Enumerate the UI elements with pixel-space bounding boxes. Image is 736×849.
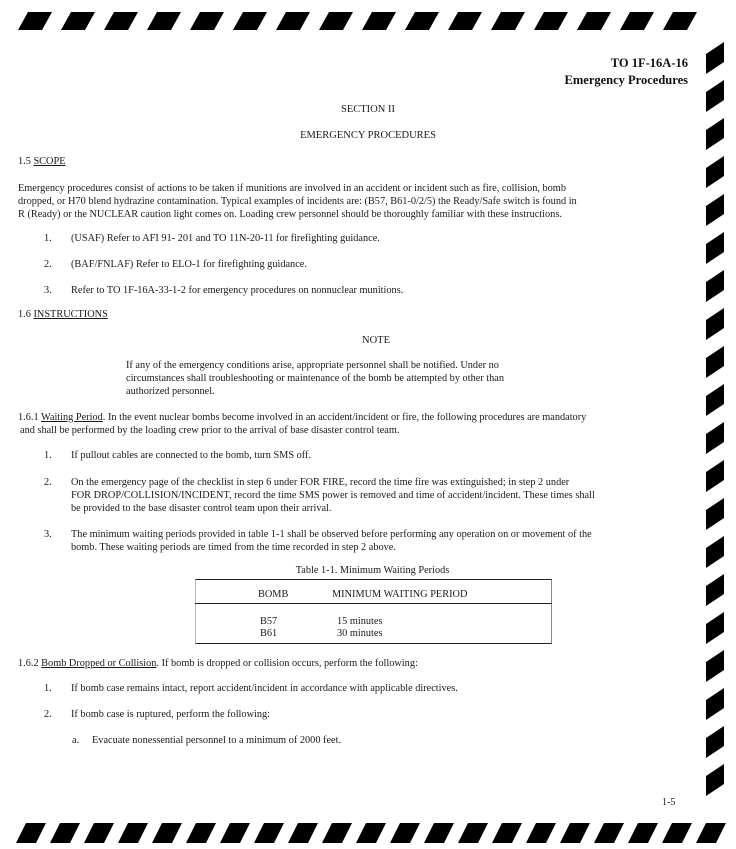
waiting-period-intro-text: . In the event nuclear bombs become invo… [103, 412, 587, 423]
note-line-1: If any of the emergency conditions arise… [126, 359, 499, 373]
document-number: TO 1F-16A-16 [565, 55, 688, 72]
waiting-item-1: If pullout cables are connected to the b… [71, 449, 311, 463]
note-title: NOTE [8, 335, 736, 346]
scope-item-2: (BAF/FNLAF) Refer to ELO-1 for firefight… [71, 258, 307, 272]
scope-item-1: (USAF) Refer to AFI 91- 201 and TO 11N-2… [71, 232, 380, 246]
waiting-period-title: Waiting Period [41, 412, 103, 423]
waiting-period-intro-line-2: and shall be performed by the loading cr… [20, 424, 399, 438]
document-subtitle: Emergency Procedures [565, 72, 688, 89]
instructions-number: 1.6 [18, 309, 31, 320]
waiting-item-2-line-2: FOR DROP/COLLISION/INCIDENT, record the … [71, 489, 595, 503]
right-hazard-stripe [700, 0, 736, 849]
scope-item-number: 2. [44, 259, 52, 270]
note-line-3: authorized personnel. [126, 385, 215, 399]
section-title: SECTION II [0, 104, 736, 115]
waiting-item-number: 1. [44, 450, 52, 461]
scope-title: SCOPE [33, 156, 65, 167]
top-hazard-stripe [0, 0, 736, 40]
document-header: TO 1F-16A-16 Emergency Procedures [565, 55, 688, 89]
bomb-subitem-label: a. [72, 735, 79, 746]
scope-line-1: Emergency procedures consist of actions … [18, 182, 566, 196]
instructions-title: INSTRUCTIONS [33, 309, 107, 320]
waiting-item-3-line-1: The minimum waiting periods provided in … [71, 528, 592, 542]
table-cell-bomb: B61 [260, 627, 277, 641]
bottom-hazard-stripe [0, 815, 736, 849]
bomb-dropped-intro: 1.6.2 Bomb Dropped or Collision. If bomb… [18, 657, 418, 671]
bomb-item-number: 2. [44, 709, 52, 720]
waiting-period-number: 1.6.1 [18, 412, 39, 423]
bomb-subitem-a: Evacuate nonessential personnel to a min… [92, 734, 341, 748]
table-cell-period: 30 minutes [337, 627, 382, 641]
bomb-item-2: If bomb case is ruptured, perform the fo… [71, 708, 270, 722]
scope-heading: 1.5 SCOPE [18, 155, 66, 169]
waiting-item-number: 2. [44, 477, 52, 488]
waiting-period-intro: 1.6.1 Waiting Period. In the event nucle… [18, 411, 586, 425]
table-header-rule [195, 603, 552, 604]
scope-item-number: 3. [44, 285, 52, 296]
bomb-dropped-number: 1.6.2 [18, 658, 39, 669]
table-header-bomb: BOMB [258, 588, 288, 602]
bomb-dropped-title: Bomb Dropped or Collision [41, 658, 156, 669]
waiting-item-2-line-3: be provided to the base disaster control… [71, 502, 331, 516]
scope-line-3: R (Ready) or the NUCLEAR caution light c… [18, 208, 562, 222]
scope-item-number: 1. [44, 233, 52, 244]
waiting-item-3-line-2: bomb. These waiting periods are timed fr… [71, 541, 396, 555]
table-header-period: MINIMUM WAITING PERIOD [332, 588, 467, 602]
note-line-2: circumstances shall troubleshooting or m… [126, 372, 504, 386]
bomb-dropped-intro-text: . If bomb is dropped or collision occurs… [156, 658, 417, 669]
waiting-item-2-line-1: On the emergency page of the checklist i… [71, 476, 569, 490]
scope-number: 1.5 [18, 156, 31, 167]
bomb-item-1: If bomb case remains intact, report acci… [71, 682, 458, 696]
table-caption: Table 1-1. Minimum Waiting Periods [195, 565, 550, 576]
scope-line-2: dropped, or H70 blend hydrazine contamin… [18, 195, 577, 209]
scope-item-3: Refer to TO 1F-16A-33-1-2 for emergency … [71, 284, 403, 298]
instructions-heading: 1.6 INSTRUCTIONS [18, 308, 108, 322]
waiting-item-number: 3. [44, 529, 52, 540]
section-subtitle: EMERGENCY PROCEDURES [0, 130, 736, 141]
bomb-item-number: 1. [44, 683, 52, 694]
page-number: 1-5 [662, 797, 675, 808]
